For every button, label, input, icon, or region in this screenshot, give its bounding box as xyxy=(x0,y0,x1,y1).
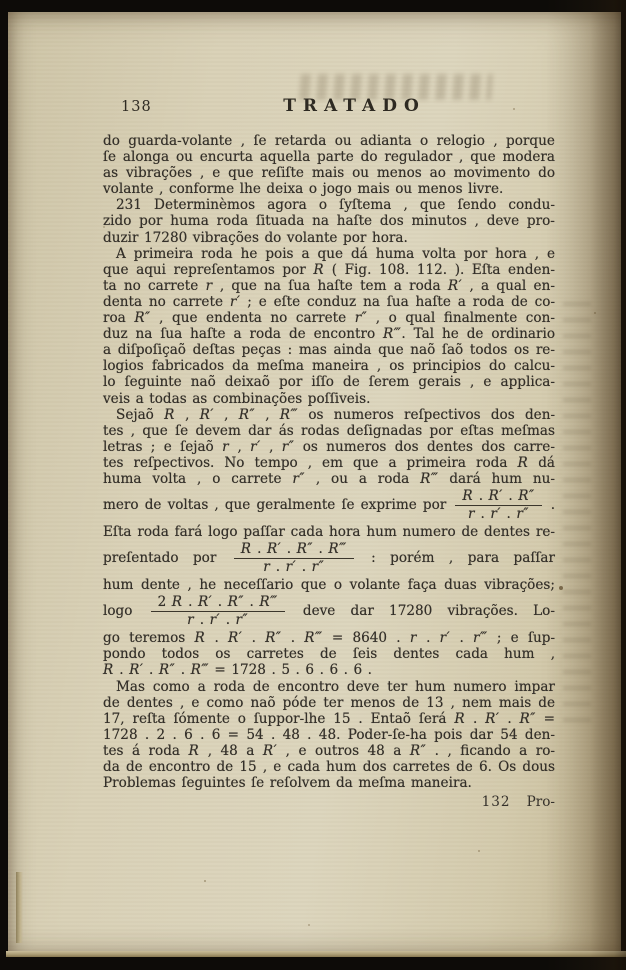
text-line: logo 2 R . R′ . R″ . R‴r . r′ . r″ deve … xyxy=(103,595,555,628)
running-title: TRATADO xyxy=(131,96,578,116)
page-header: 138 TRATADO xyxy=(103,96,550,118)
text-line: volante , conforme lhe deixa o jogo mais… xyxy=(103,181,555,197)
text-line: hum dente , he neceſſario que o volante … xyxy=(103,577,555,593)
text-line: Sejaõ R , R′ , R″ , R‴ os numeros reſpec… xyxy=(103,407,555,423)
text-line: Eſta roda fará logo paſſar cada hora hum… xyxy=(103,524,555,540)
scanned-book-page: 138 TRATADO do guarda-volante , ſe retar… xyxy=(0,0,626,970)
text-line: tes reſpectivos. No tempo , em que a pri… xyxy=(103,455,555,471)
text-line: 17, reſta ſómente o ſuppor-lhe 15 . Enta… xyxy=(103,711,555,727)
page-paper: 138 TRATADO do guarda-volante , ſe retar… xyxy=(8,12,621,957)
text-line: 1728 . 2 . 6 . 6 = 54 . 48 . 48. Poder-ſ… xyxy=(103,727,555,743)
text-line: logios fabricados da meſma maneira , os … xyxy=(103,358,555,374)
text-line: huma volta , o carrete r″ , ou a roda R‴… xyxy=(103,471,555,487)
paragraph: Mas como a roda de encontro deve ter hum… xyxy=(103,679,555,792)
text-line: tes á roda R , 48 a R′ , e outros 48 a R… xyxy=(103,743,555,759)
text-line: de dentes , e como naõ póde ter menos de… xyxy=(103,695,555,711)
text-line: denta no carrete r′ ; e eſte conduz na ſ… xyxy=(103,294,555,310)
fraction: R . R′ . R″r . r′ . r″ xyxy=(455,489,541,522)
ink-bleedthrough-margin xyxy=(563,302,591,732)
catchword-number: 132 xyxy=(482,794,511,810)
text-line: que aqui repreſentamos por R ( Fig. 108.… xyxy=(103,262,555,278)
catchword: 132Pro- xyxy=(103,794,555,810)
paragraph: 231 Determinèmos agora o ſyſtema , que ſ… xyxy=(103,197,555,245)
text-line: mero de voltas , que geralmente ſe expri… xyxy=(103,489,555,522)
paper-speckles xyxy=(8,12,10,14)
text-line: do guarda-volante , ſe retarda ou adiant… xyxy=(103,133,555,149)
text-line: A primeira roda he pois a que dá huma vo… xyxy=(103,246,555,262)
text-line: ſe alonga ou encurta aquella parte do re… xyxy=(103,149,555,165)
text-line: tes , que ſe devem dar ás rodas deſignad… xyxy=(103,423,555,439)
text-line: a diſpoſiçaõ deſtas peças : mas ainda qu… xyxy=(103,342,555,358)
text-line: duzir 17280 vibrações do volante por hor… xyxy=(103,230,555,246)
paragraph: Sejaõ R , R′ , R″ , R‴ os numeros reſpec… xyxy=(103,407,555,679)
text-line: R . R′ . R″ . R‴ = 1728 . 5 . 6 . 6 . 6 … xyxy=(103,662,555,678)
text-line: Mas como a roda de encontro deve ter hum… xyxy=(103,679,555,695)
text-line: veis a todas as combinações poſſiveis. xyxy=(103,391,555,407)
fraction: 2 R . R′ . R″ . R‴r . r′ . r″ xyxy=(151,595,285,628)
paragraph: do guarda-volante , ſe retarda ou adiant… xyxy=(103,133,555,197)
text-line: as vibrações , e que reſiſte mais ou men… xyxy=(103,165,555,181)
text-line: ta no carrete r , que na ſua haſte tem a… xyxy=(103,278,555,294)
text-line: zido por huma roda ſituada na haſte dos … xyxy=(103,213,555,229)
page-edge-stack-bottom xyxy=(6,951,626,957)
catchword-word: Pro- xyxy=(527,794,555,810)
fraction: R . R′ . R″ . R‴r . r′ . r″ xyxy=(234,542,354,575)
text-line: Problemas ſeguintes ſe reſolvem da meſma… xyxy=(103,775,555,791)
text-line: roa R″ , que endenta no carrete r″ , o q… xyxy=(103,310,555,326)
text-line: go teremos R . R′ . R″ . R‴ = 8640 . r .… xyxy=(103,630,555,646)
text-line: lo ſeguinte naõ deixaõ por iſſo de ſerem… xyxy=(103,374,555,390)
text-line: da de encontro de 15 , e cada hum dos ca… xyxy=(103,759,555,775)
text-line: duz na ſua haſte a roda de encontro R‴. … xyxy=(103,326,555,342)
text-line: pondo todos os carretes de ſeis dentes c… xyxy=(103,646,555,662)
text-line: 231 Determinèmos agora o ſyſtema , que ſ… xyxy=(103,197,555,213)
paragraph: A primeira roda he pois a que dá huma vo… xyxy=(103,246,555,407)
text-line: preſentado por R . R′ . R″ . R‴r . r′ . … xyxy=(103,542,555,575)
page-edge-stack-left xyxy=(16,872,23,943)
body-text: do guarda-volante , ſe retarda ou adiant… xyxy=(103,133,555,791)
text-line: letras ; e ſejaõ r , r′ , r″ os numeros … xyxy=(103,439,555,455)
